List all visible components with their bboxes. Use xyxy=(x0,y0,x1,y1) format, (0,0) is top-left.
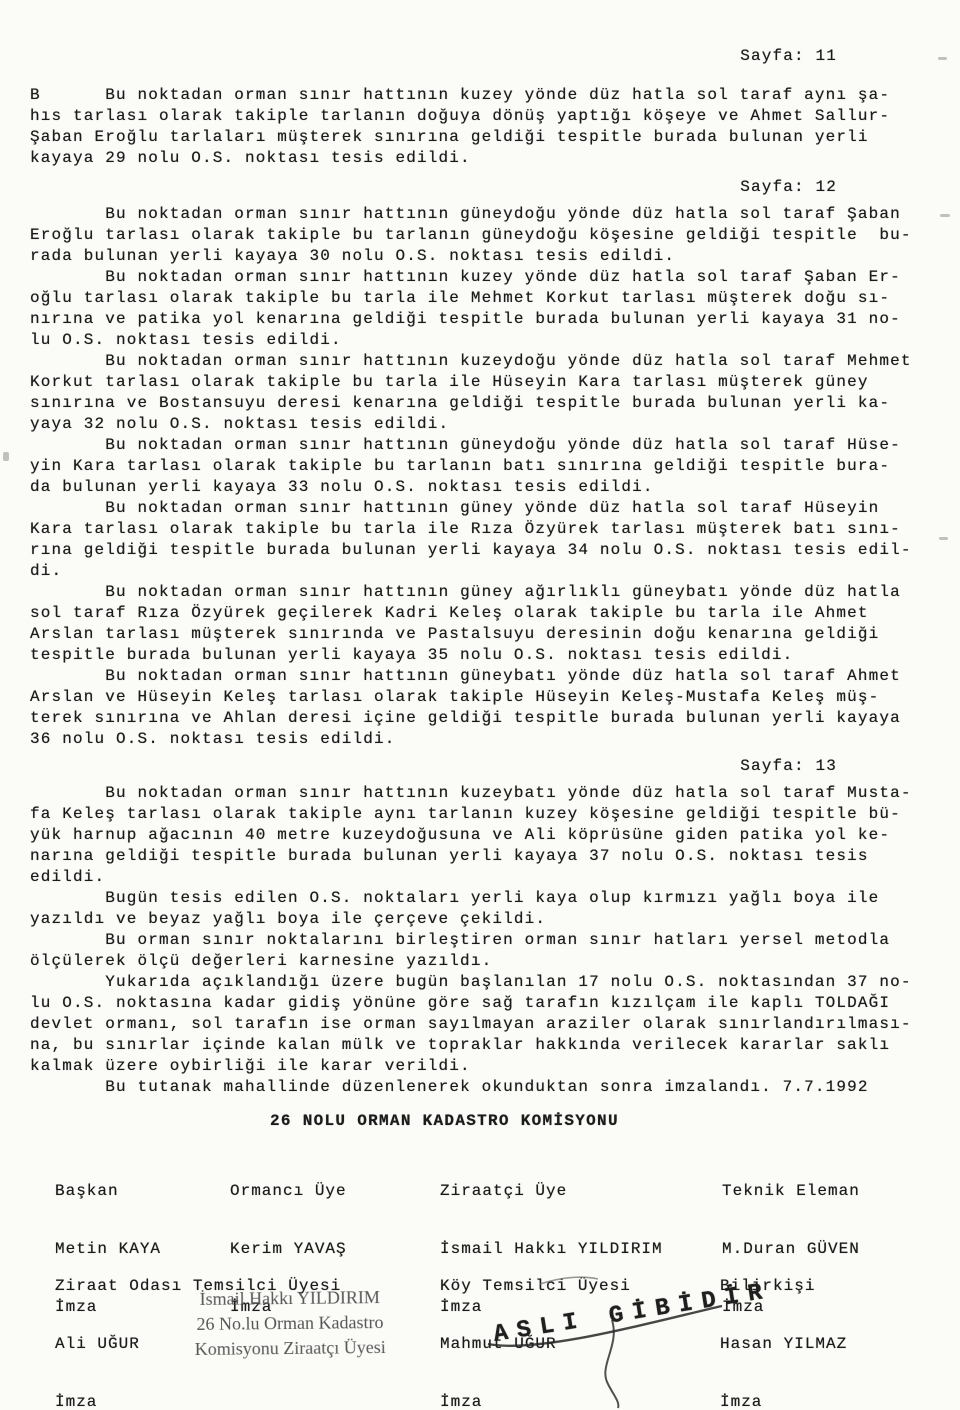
signature-role: Teknik Eleman xyxy=(722,1182,860,1200)
paragraph-boundary-point-30: Bu noktadan orman sınır hattının güneydo… xyxy=(30,204,932,267)
paragraph-boundary-point-33: Bu noktadan orman sınır hattının güneydo… xyxy=(30,435,932,498)
scan-artifact xyxy=(939,537,948,540)
paragraph-decision: Yukarıda açıklandığı üzere bugün başlanı… xyxy=(30,972,932,1077)
scan-artifact xyxy=(3,452,9,461)
paragraph-boundary-point-34: Bu noktadan orman sınır hattının güney y… xyxy=(30,498,932,582)
paragraph-paint-note: Bugün tesis edilen O.S. noktaları yerli … xyxy=(30,888,932,930)
page-number-11: Sayfa: 11 xyxy=(30,46,932,67)
paragraph-boundary-point-35: Bu noktadan orman sınır hattının güney a… xyxy=(30,582,932,666)
paragraph-boundary-point-29: B Bu noktadan orman sınır hattının kuzey… xyxy=(30,85,932,169)
official-member-stamp: İsmail Hakkı YILDIRIM 26 No.lu Orman Kad… xyxy=(140,1284,441,1362)
signature-role: Ormancı Üye xyxy=(230,1182,347,1200)
paragraph-boundary-point-31: Bu noktadan orman sınır hattının kuzey y… xyxy=(30,267,932,351)
commission-heading: 26 NOLU ORMAN KADASTRO KOMİSYONU xyxy=(270,1112,619,1130)
scanned-document-page: Sayfa: 11 B Bu noktadan orman sınır hatt… xyxy=(0,0,960,1410)
paragraph-measurement-note: Bu orman sınır noktalarını birleştiren o… xyxy=(30,930,932,972)
document-body: Sayfa: 11 B Bu noktadan orman sınır hatt… xyxy=(0,0,960,1098)
signature-imza-label: İmza xyxy=(55,1393,97,1410)
scan-artifact xyxy=(940,214,950,217)
scan-artifact xyxy=(938,57,947,60)
page-number-13: Sayfa: 13 xyxy=(30,756,932,777)
paragraph-boundary-point-36: Bu noktadan orman sınır hattının güneyba… xyxy=(30,666,932,750)
signature-role: Başkan xyxy=(55,1182,119,1200)
paragraph-boundary-point-37: Bu noktadan orman sınır hattının kuzeyba… xyxy=(30,783,932,888)
paragraph-signing-date: Bu tutanak mahallinde düzenlenerek okund… xyxy=(30,1077,932,1098)
signature-role: Ziraatçi Üye xyxy=(440,1182,567,1200)
paragraph-boundary-point-32: Bu noktadan orman sınır hattının kuzeydo… xyxy=(30,351,932,435)
signature-name: Ali UĞUR xyxy=(55,1335,140,1353)
page-number-12: Sayfa: 12 xyxy=(30,177,932,198)
